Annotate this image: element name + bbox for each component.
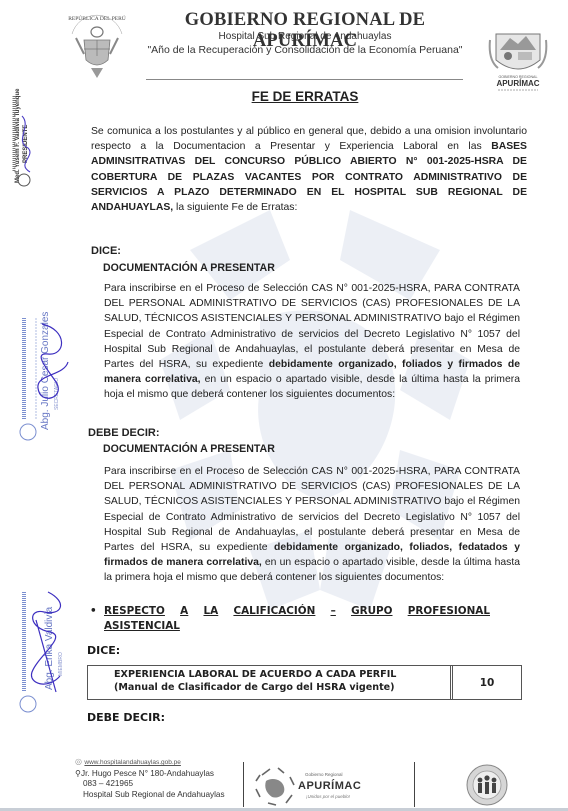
svg-text:Abg. Julio Cesar Gonzales: Abg. Julio Cesar Gonzales xyxy=(40,312,51,430)
peru-coat-of-arms-logo: REPÚBLICA DEL PERÚ xyxy=(66,8,128,80)
header-motto: "Año de la Recuperación y Consolidación … xyxy=(140,44,470,56)
heading-word: A xyxy=(180,604,188,619)
document-title: FE DE ERRATAS xyxy=(150,89,460,104)
calificacion-heading: • RESPECTOALACALIFICACIÓN–GRUPOPROFESION… xyxy=(104,604,490,634)
heading-word: – xyxy=(331,604,336,619)
svg-text:MIEMBRO: MIEMBRO xyxy=(58,652,64,676)
heading-line-2: ASISTENCIAL xyxy=(104,619,490,634)
footer-brand: APURÍMAC xyxy=(298,780,361,792)
footer-contact: ◎ www.hospitalandahuaylas.gob.pe ⚲Jr. Hu… xyxy=(75,757,225,800)
footer-brand-tagline: ¡Unidos por el pueblo! xyxy=(306,794,350,799)
stamp-president: Med. Yusem F. Valdivia Tuyenque PRESIDEN… xyxy=(4,86,54,190)
footer-phone: 083 – 421965 xyxy=(75,779,225,790)
debe-decir-heading: DOCUMENTACIÓN A PRESENTAR xyxy=(103,443,275,455)
dice-label: DICE: xyxy=(91,245,121,257)
svg-text:APURÍMAC: APURÍMAC xyxy=(496,79,539,88)
globe-icon: ◎ xyxy=(75,757,84,766)
website-link[interactable]: www.hospitalandahuaylas.gob.pe xyxy=(84,759,180,766)
heading-word: GRUPO xyxy=(351,604,392,619)
footer-divider xyxy=(414,762,415,807)
heading-word: RESPECTO xyxy=(104,604,165,619)
document-page: REPÚBLICA DEL PERÚ GOBIERNO REGIONAL DE … xyxy=(0,0,568,811)
svg-text:REPÚBLICA DEL PERÚ: REPÚBLICA DEL PERÚ xyxy=(68,14,126,22)
debe-decir-label-2: DEBE DECIR: xyxy=(87,711,165,724)
dice-paragraph: Para inscribirse en el Proceso de Selecc… xyxy=(104,281,520,403)
heading-line-1: RESPECTOALACALIFICACIÓN–GRUPOPROFESIONAL xyxy=(104,604,490,619)
score-table-value: 10 xyxy=(453,666,521,699)
footer-brand-small: Gobierno Regional xyxy=(305,772,343,777)
debe-decir-paragraph: Para inscribirse en el Proceso de Selecc… xyxy=(104,464,520,586)
dice-heading: DOCUMENTACIÓN A PRESENTAR xyxy=(103,262,275,274)
intro-paragraph: Se comunica a los postulantes y al públi… xyxy=(91,124,527,215)
svg-text:Med. Yusem F. Valdivia Tuyenqu: Med. Yusem F. Valdivia Tuyenque xyxy=(15,88,21,183)
footer-institution: Hospital Sub Regional de Andahuaylas xyxy=(75,790,225,801)
apurimac-regional-logo: GOBIERNO REGIONAL APURÍMAC xyxy=(486,20,550,94)
debe-decir-label: DEBE DECIR: xyxy=(88,427,160,439)
footer-divider xyxy=(243,762,244,807)
stamp-secretary: Abg. Julio Cesar Gonzales SECRETARIO xyxy=(8,310,72,450)
header-divider xyxy=(146,79,463,80)
heading-word: LA xyxy=(203,604,218,619)
stamp-member: Abg. Erika Valdivia MIEMBRO xyxy=(8,572,72,722)
score-table: EXPERIENCIA LABORAL DE ACUERDO A CADA PE… xyxy=(87,665,522,700)
score-table-description: EXPERIENCIA LABORAL DE ACUERDO A CADA PE… xyxy=(88,666,453,699)
heading-word: CALIFICACIÓN xyxy=(233,604,315,619)
bullet-icon: • xyxy=(90,604,97,619)
dice-label-2: DICE: xyxy=(87,644,120,657)
hospital-seal-logo xyxy=(466,764,508,806)
footer-address: Jr. Hugo Pesce N° 180-Andahuaylas xyxy=(81,769,214,778)
header-subtitle: Hospital Sub Regional de Andahuaylas xyxy=(150,31,460,42)
heading-word: PROFESIONAL xyxy=(408,604,490,619)
